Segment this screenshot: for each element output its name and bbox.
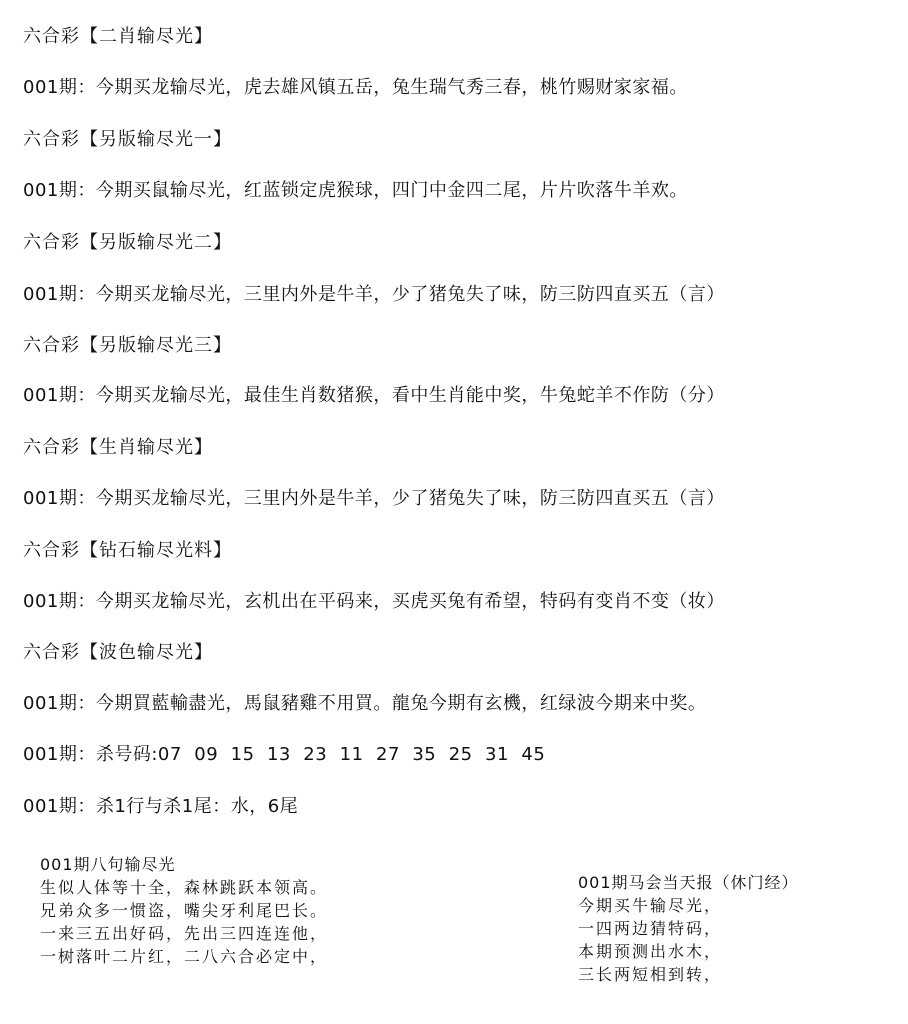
section-content: 001期：今期买龙输尽光，虎去雄风镇五岳，兔生瑞气秀三春，桃竹赐财家家福。 [23, 77, 688, 99]
section-heading: 六合彩【另版输尽光三】 [23, 335, 232, 357]
section-heading: 六合彩【二肖输尽光】 [23, 26, 213, 48]
kill-numbers: 001期：杀号码:07 09 15 13 23 11 27 35 25 31 4… [23, 744, 545, 766]
poem-right: 001期马会当天报（休门经） 今期买牛输尽光， 一四两边猜特码， 本期预测出水木… [578, 871, 799, 986]
poem-right-line: 三长两短相到转， [578, 963, 799, 986]
section-content: 001期：今期买龙输尽光，玄机出在平码来，买虎买兔有希望，特码有变肖不变（妆） [23, 591, 725, 613]
section-heading: 六合彩【生肖输尽光】 [23, 437, 213, 459]
section-content: 001期：今期买鼠输尽光，红蓝锁定虎猴球，四门中金四二尾，片片吹落牛羊欢。 [23, 180, 688, 202]
poem-left-line: 生似人体等十全，森林跳跃本领高。 [40, 876, 328, 899]
kill-element-tail: 001期：杀1行与杀1尾：水，6尾 [23, 796, 298, 818]
poem-right-title: 001期马会当天报（休门经） [578, 871, 799, 894]
section-content: 001期：今期買藍輸盡光，馬鼠豬雞不用買。龍兔今期有玄機，红绿波今期来中奖。 [23, 693, 706, 715]
section-heading: 六合彩【波色输尽光】 [23, 642, 213, 664]
poem-right-line: 一四两边猜特码， [578, 917, 799, 940]
poem-right-line: 今期买牛输尽光， [578, 894, 799, 917]
poem-left-line: 一来三五出好码，先出三四连连他， [40, 922, 328, 945]
section-heading: 六合彩【另版输尽光二】 [23, 232, 232, 254]
poem-left-title: 001期八句输尽光 [40, 853, 328, 876]
section-content: 001期：今期买龙输尽光，三里内外是牛羊，少了猪兔失了味，防三防四直买五（言） [23, 284, 725, 306]
poem-left-line: 兄弟众多一惯盗，嘴尖牙利尾巴长。 [40, 899, 328, 922]
section-content: 001期：今期买龙输尽光，最佳生肖数猪猴，看中生肖能中奖，牛兔蛇羊不作防（分） [23, 385, 725, 407]
poem-left-line: 一树落叶二片红，二八六合必定中， [40, 945, 328, 968]
section-heading: 六合彩【钻石输尽光料】 [23, 540, 232, 562]
poem-left: 001期八句输尽光 生似人体等十全，森林跳跃本领高。 兄弟众多一惯盗，嘴尖牙利尾… [40, 853, 328, 968]
poem-right-line: 本期预测出水木， [578, 940, 799, 963]
section-heading: 六合彩【另版输尽光一】 [23, 129, 232, 151]
section-content: 001期：今期买龙输尽光，三里内外是牛羊，少了猪兔失了味，防三防四直买五（言） [23, 488, 725, 510]
